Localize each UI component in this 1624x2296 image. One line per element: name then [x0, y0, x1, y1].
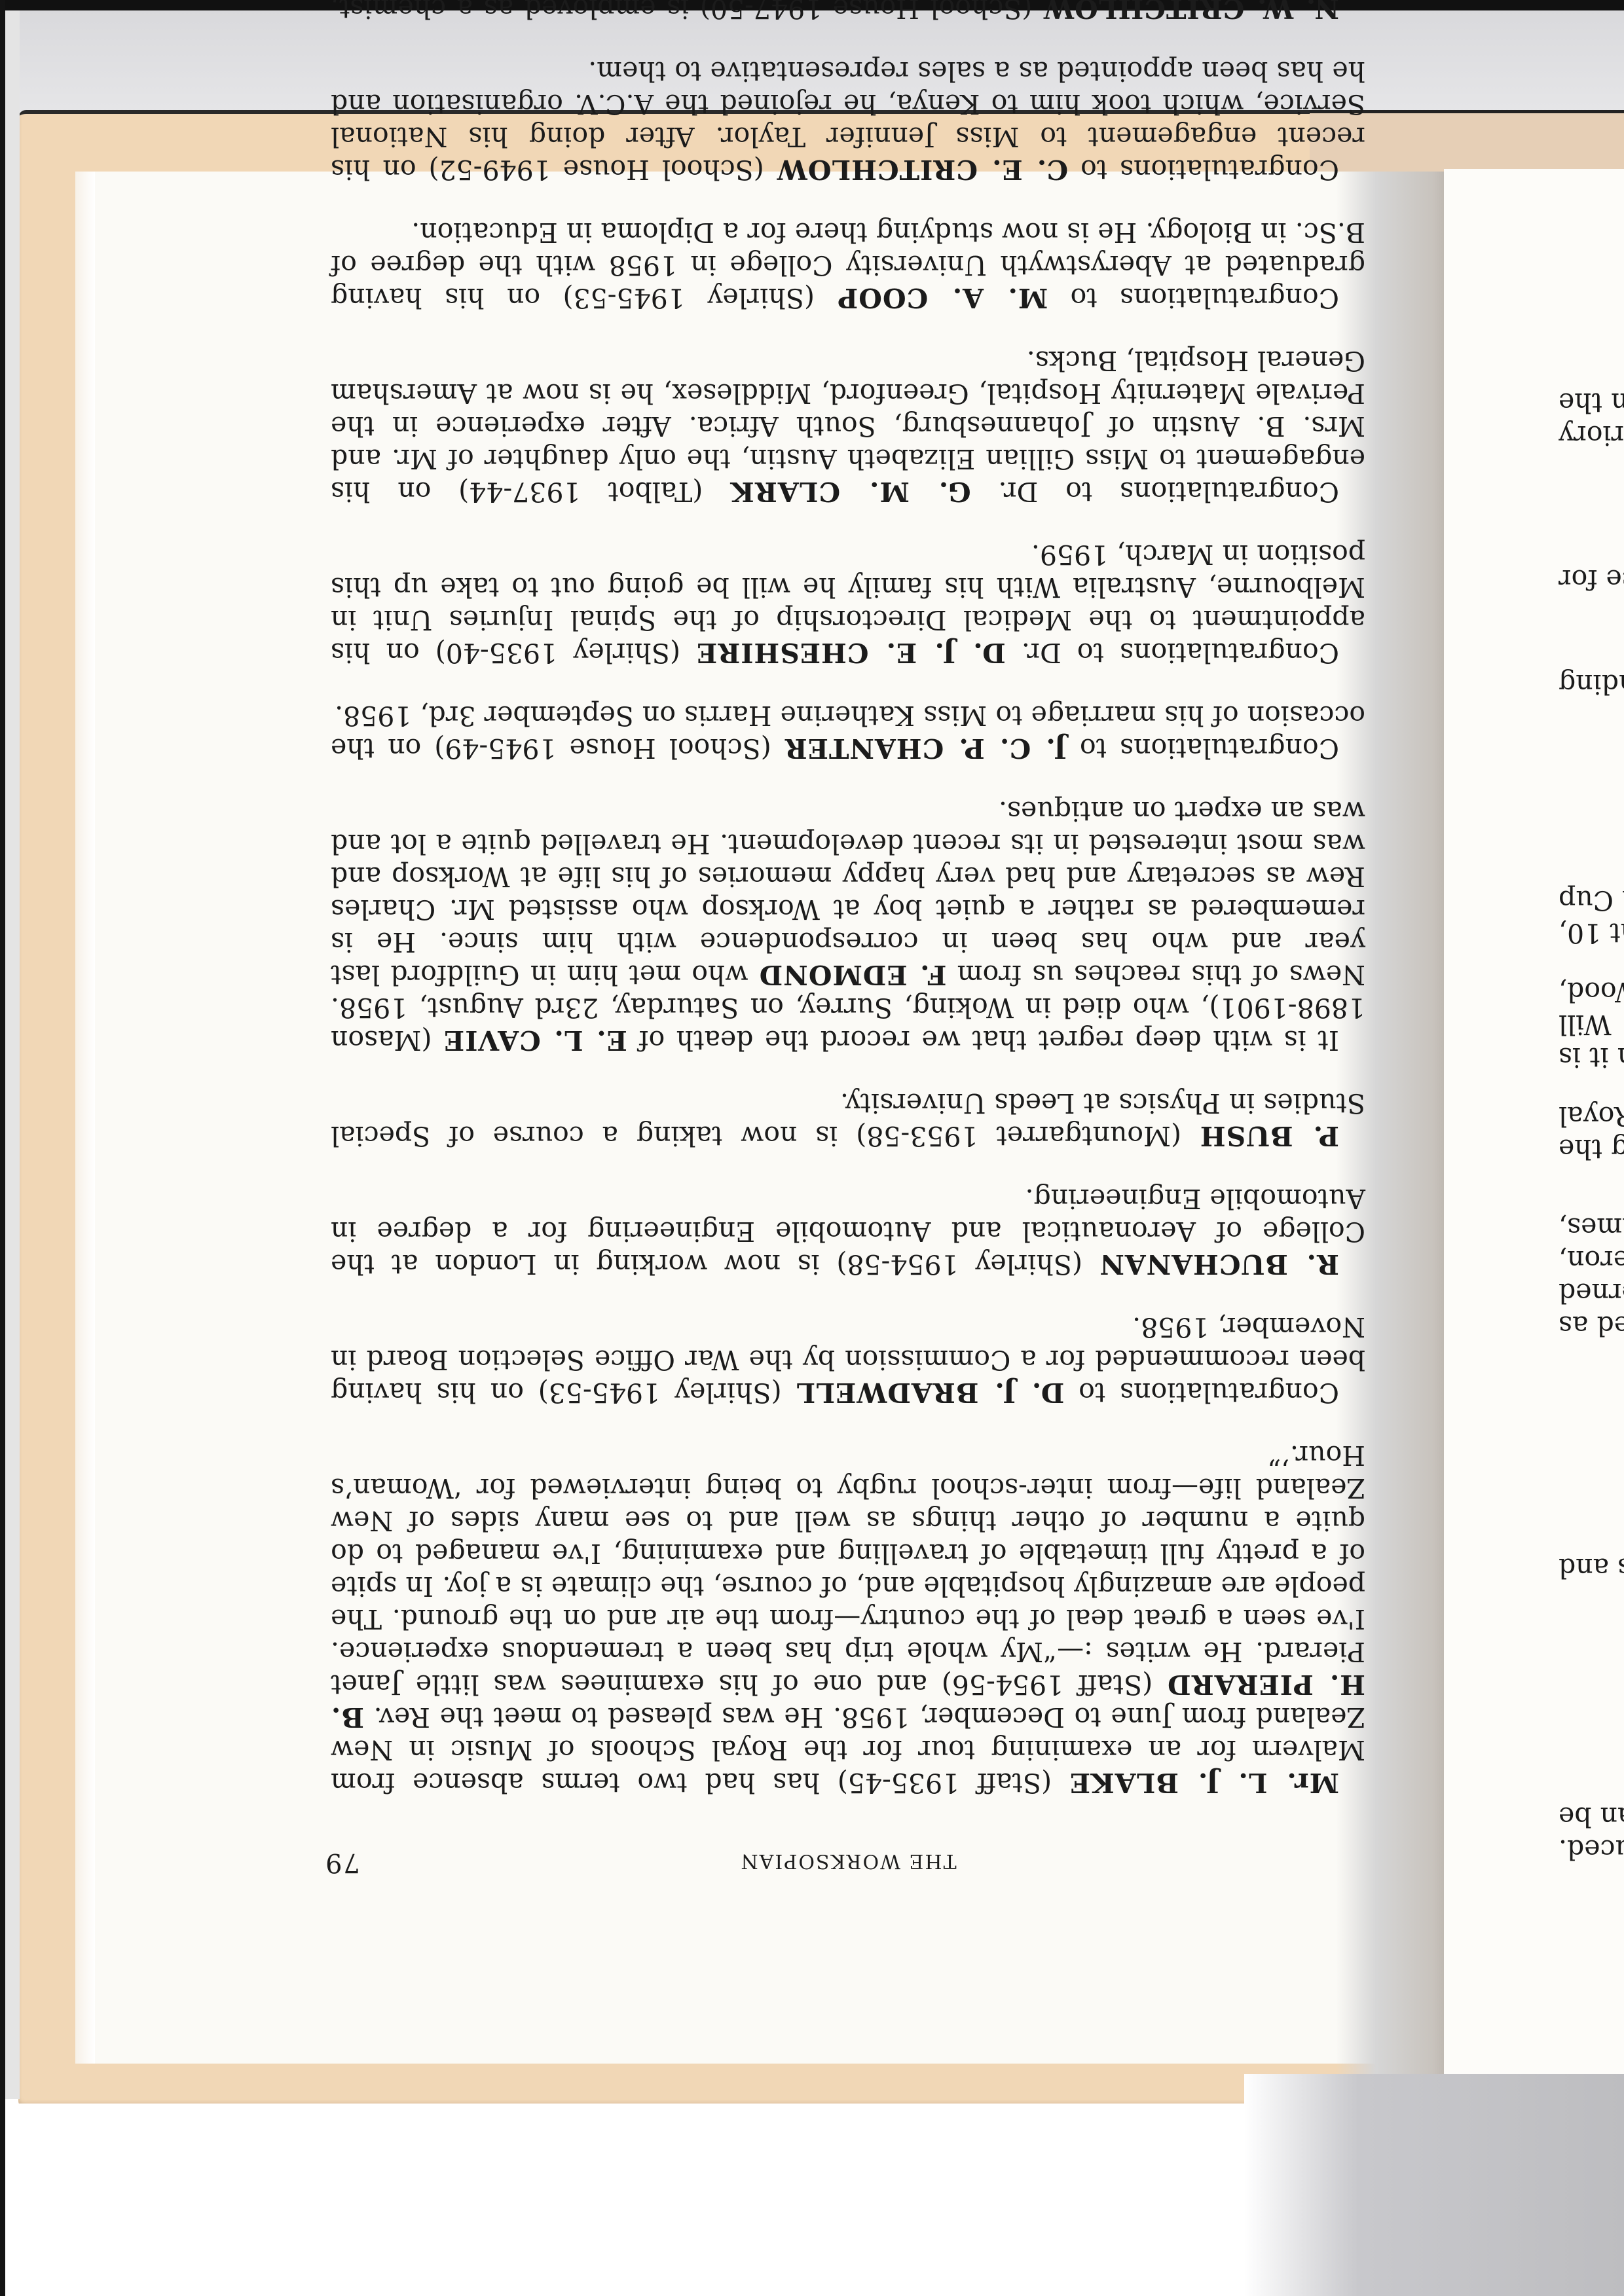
running-head: THE WORKSOPIAN 79	[331, 1833, 1365, 1872]
news-items: Mr. L. J. BLAKE (Staff 1935-45) has had …	[331, 0, 1365, 1799]
text-fragment: on the	[1559, 386, 1624, 419]
person-name: R. BUCHANAN	[1099, 1248, 1339, 1280]
facing-page-text: on thePrioryce foreadinga Cupat 10,Wood,…	[1559, 386, 1624, 1958]
person-name: M. A. COOP	[837, 282, 1048, 314]
news-item: R. BUCHANAN (Shirley 1954-58) is now wor…	[331, 1182, 1365, 1281]
page-edge	[75, 172, 95, 2064]
person-name: J. C. P. CHANTER	[784, 733, 1067, 764]
news-item: Congratulations to Dr. G. M. CLARK (Talb…	[331, 344, 1365, 508]
news-item: P. BUSH (Mountgarret 1953-58) is now tak…	[331, 1087, 1365, 1152]
page-text-rotated: THE WORKSOPIAN 79 Mr. L. J. BLAKE (Staff…	[331, 393, 1365, 1872]
text-fragment: Wood,	[1559, 975, 1624, 1008]
person-name: G. M. CLARK	[730, 476, 970, 507]
scanner-shadow-bottom-right	[1244, 2074, 1624, 2296]
text-fragment: a Cup	[1559, 884, 1624, 917]
text-fragment: neron,	[1559, 1244, 1624, 1277]
text-fragment: uced.	[1559, 1833, 1624, 1866]
text-fragment: Priory	[1559, 419, 1624, 452]
text-fragment: ng the	[1559, 1133, 1624, 1165]
news-item: N. W. CRITCHLOW (School House 1947-50) i…	[331, 0, 1365, 25]
text-fragment: Will	[1559, 1008, 1612, 1041]
news-item: Congratulations to Dr. D. J. E. CHESHIRE…	[331, 538, 1365, 669]
text-fragment: n it is	[1559, 1041, 1624, 1074]
text-fragment: s and	[1559, 1552, 1624, 1584]
person-name: N. W. CRITCHLOW	[1043, 0, 1339, 24]
text-fragment: an be	[1559, 1800, 1624, 1833]
news-item: Congratulations to J. C. P. CHANTER (Sch…	[331, 699, 1365, 765]
page-number: 79	[324, 1848, 360, 1878]
person-name: D. J. E. CHESHIRE	[696, 637, 1006, 668]
person-name: C. E. CRITCHLOW	[777, 154, 1068, 185]
text-fragment: ed as	[1559, 1309, 1624, 1342]
publication-title: THE WORKSOPIAN	[331, 1850, 1365, 1872]
text-fragment: ames,	[1559, 1211, 1624, 1244]
person-name: F. EDMOND	[759, 959, 947, 991]
scan-border-left	[0, 0, 5, 2296]
news-item: Congratulations to D. J. BRADWELL (Shirl…	[331, 1311, 1365, 1409]
text-fragment: at 10,	[1559, 917, 1624, 949]
news-item: Congratulations to M. A. COOP (Shirley 1…	[331, 216, 1365, 314]
news-item: Mr. L. J. BLAKE (Staff 1935-45) has had …	[331, 1439, 1365, 1799]
scanner-background-left	[5, 10, 20, 2099]
person-name: E. L. CAVIE	[443, 1025, 627, 1056]
text-fragment: ce for	[1559, 563, 1624, 596]
news-item: It is with deep regret that we record th…	[331, 795, 1365, 1057]
news-item: Congratulations to C. E. CRITCHLOW (Scho…	[331, 55, 1365, 186]
person-name: P. BUSH	[1200, 1120, 1339, 1152]
text-fragment: erned	[1559, 1277, 1624, 1309]
person-name: D. J. BRADWELL	[796, 1377, 1064, 1408]
text-fragment: Royal	[1559, 1100, 1624, 1133]
person-name: Mr. L. J. BLAKE	[1069, 1767, 1339, 1798]
text-fragment: eading	[1559, 668, 1624, 701]
